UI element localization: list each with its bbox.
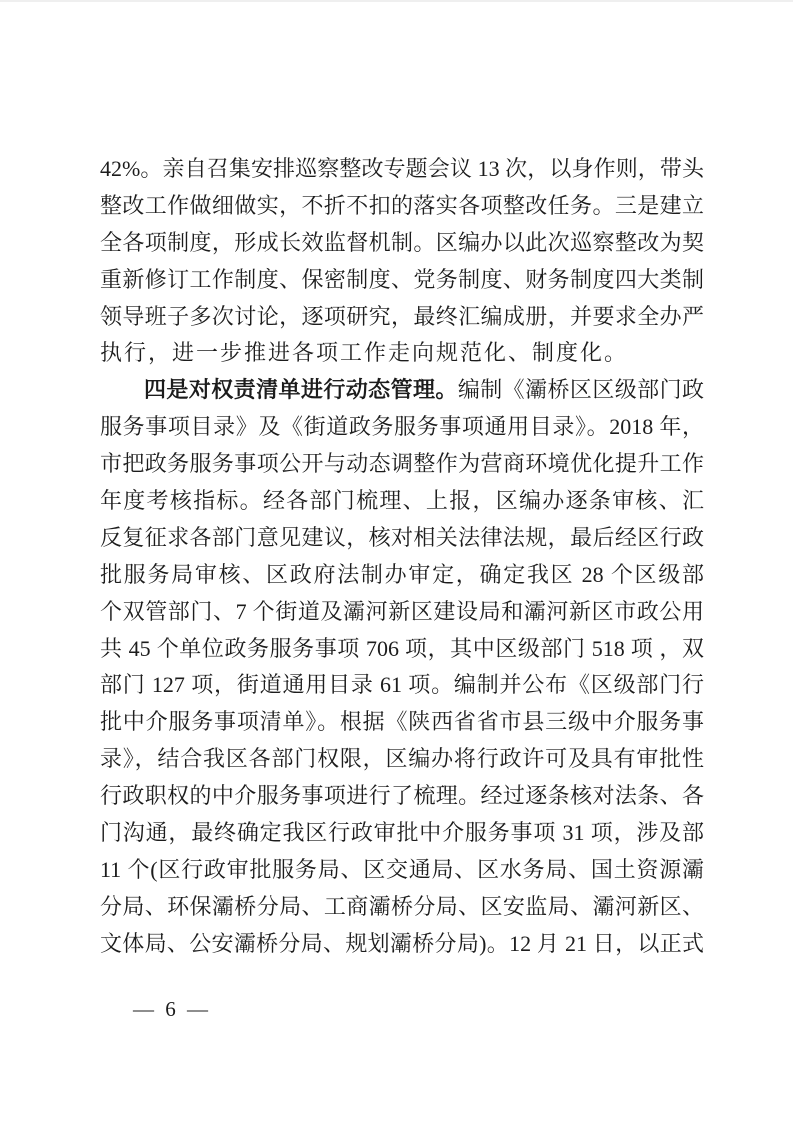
page-number: — 6 —: [133, 996, 211, 1022]
text-line: 分局、环保灞桥分局、工商灞桥分局、区安监局、灞河新区、区: [100, 889, 704, 926]
text-line: 全各项制度，形成长效监督机制。区编办以此次巡察整改为契机，: [100, 225, 704, 262]
text-line: 服务事项目录》及《街道政务服务事项通用目录》。2018 年，省、: [100, 409, 704, 446]
text-line: 部门 127 项，街道通用目录 61 项。编制并公布《区级部门行政审: [100, 667, 704, 704]
text-line: 文体局、公安灞桥分局、规划灞桥分局)。12 月 21 日，以正式文: [100, 926, 704, 963]
document-page: 42%。亲自召集安排巡察整改专题会议 13 次，以身作则，带头把 整改工作做细做…: [0, 0, 793, 1122]
text-line: 行政职权的中介服务事项进行了梳理。经过逐条核对法条、各部: [100, 778, 704, 815]
text-line: 市把政务服务事项公开与动态调整作为营商环境优化提升工作的: [100, 446, 704, 483]
document-body: 42%。亲自召集安排巡察整改专题会议 13 次，以身作则，带头把 整改工作做细做…: [100, 151, 704, 963]
text-line: 批服务局审核、区政府法制办审定，确定我区 28 个区级部门、8: [100, 557, 704, 594]
text-line: 领导班子多次讨论，逐项研究，最终汇编成册，并要求全办严格: [100, 299, 704, 336]
paragraph-heading-bold: 四是对权责清单进行动态管理。: [144, 377, 458, 402]
text-line: 录》，结合我区各部门权限，区编办将行政许可及具有审批性质的: [100, 741, 704, 778]
text-line: 门沟通，最终确定我区行政审批中介服务事项 31 项，涉及部门: [100, 815, 704, 852]
text-line: 反复征求各部门意见建议，核对相关法律法规，最后经区行政审: [100, 520, 704, 557]
text-line: 执行，进一步推进各项工作走向规范化、制度化。: [100, 335, 704, 372]
text-line: 整改工作做细做实，不折不扣的落实各项整改任务。三是建立健: [100, 188, 704, 225]
text-line: 共 45 个单位政务服务事项 706 项，其中区级部门 518 项 ，双管: [100, 631, 704, 668]
text-line-paragraph-start: 四是对权责清单进行动态管理。编制《灞桥区区级部门政务: [100, 372, 704, 409]
text-line: 年度考核指标。经各部门梳理、上报，区编办逐条审核、汇总，: [100, 483, 704, 520]
text-line: 个双管部门、7 个街道及灞河新区建设局和灞河新区市政公用局: [100, 594, 704, 631]
text-line: 重新修订工作制度、保密制度、党务制度、财务制度四大类制度，: [100, 262, 704, 299]
text-line: 批中介服务事项清单》。根据《陕西省省市县三级中介服务事项目: [100, 704, 704, 741]
text-line: 11 个(区行政审批服务局、区交通局、区水务局、国土资源灞桥: [100, 852, 704, 889]
text-line: 42%。亲自召集安排巡察整改专题会议 13 次，以身作则，带头把: [100, 151, 704, 188]
